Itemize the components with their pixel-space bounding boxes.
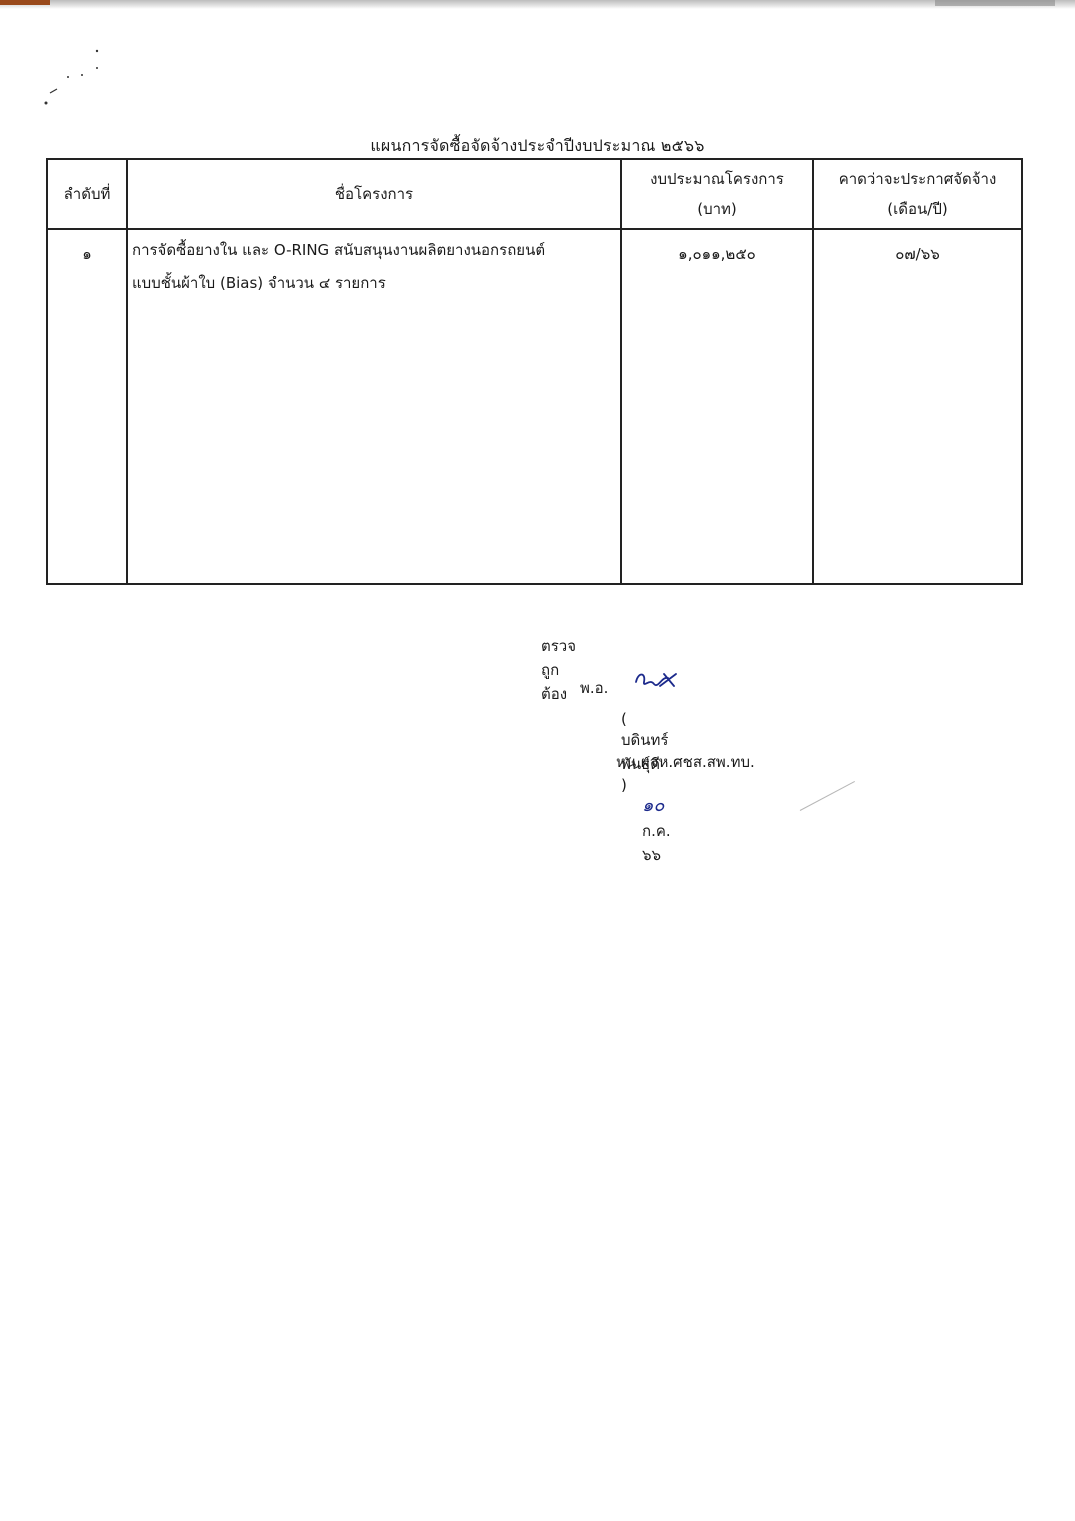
- signature-date: ๑๐ ก.ค. ๖๖: [642, 790, 674, 867]
- signature-date-month-year: ก.ค. ๖๖: [642, 822, 671, 864]
- header-date-line2: (เดือน/ปี): [887, 200, 947, 218]
- table-header-row: ลำดับที่ ชื่อโครงการ งบประมาณโครงการ (บา…: [47, 159, 1022, 229]
- row-budget: ๑,๐๑๑,๒๕๐: [621, 229, 813, 584]
- signature-date-day: ๑๐: [642, 795, 664, 816]
- signer-position: หน.ผจห.ศชส.สพ.ทบ.: [616, 750, 755, 774]
- table-row: ๑ การจัดซื้อยางใน และ O-RING สนับสนุนงาน…: [47, 229, 1022, 584]
- corner-marks: [40, 45, 110, 105]
- header-no: ลำดับที่: [47, 159, 127, 229]
- row-announce-date: ๐๗/๖๖: [813, 229, 1022, 584]
- procurement-plan-table: ลำดับที่ ชื่อโครงการ งบประมาณโครงการ (บา…: [46, 158, 1023, 585]
- header-announce-date: คาดว่าจะประกาศจัดจ้าง (เดือน/ปี): [813, 159, 1022, 229]
- document-title: แผนการจัดซื้อจัดจ้างประจำปีงบประมาณ ๒๕๖๖: [0, 134, 1075, 159]
- scan-corner-artifact: [0, 0, 50, 5]
- header-budget-line2: (บาท): [697, 200, 737, 218]
- row-project-name: การจัดซื้อยางใน และ O-RING สนับสนุนงานผล…: [127, 229, 621, 584]
- scan-top-edge: [0, 0, 1075, 9]
- verified-label: ตรวจถูกต้อง: [541, 634, 576, 706]
- project-name-line2: แบบชั้นผ้าใบ (Bias) จำนวน ๔ รายการ: [132, 260, 620, 306]
- header-project-name: ชื่อโครงการ: [127, 159, 621, 229]
- signer-rank: พ.อ.: [580, 676, 608, 700]
- header-date-line1: คาดว่าจะประกาศจัดจ้าง: [839, 170, 997, 188]
- header-budget: งบประมาณโครงการ (บาท): [621, 159, 813, 229]
- handwritten-signature: [632, 668, 682, 692]
- scan-stray-mark: [800, 781, 855, 811]
- row-no: ๑: [47, 229, 127, 584]
- scan-top-artifact: [935, 0, 1055, 6]
- header-budget-line1: งบประมาณโครงการ: [650, 170, 784, 188]
